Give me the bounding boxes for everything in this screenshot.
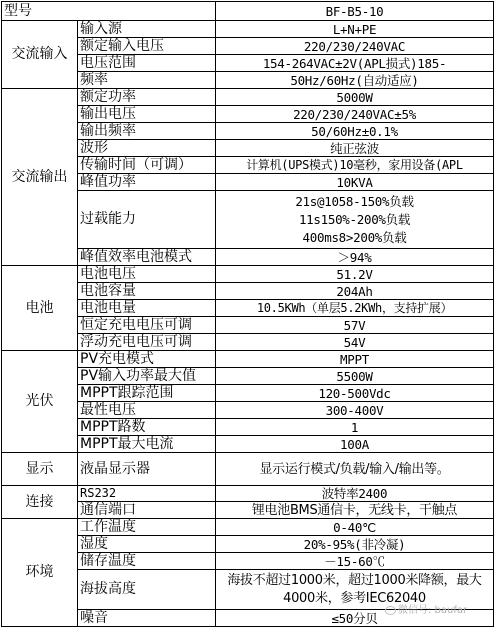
param-value: MPPT <box>216 351 494 368</box>
param-label: 液晶显示器 <box>78 453 216 486</box>
table-row: 连接 RS232 波特率2400 <box>2 486 494 502</box>
param-value: 10.5KWh（单层5.2KWh，支持扩展） <box>216 300 494 317</box>
param-value: 51.2V <box>216 266 494 283</box>
param-label: 电池电压 <box>78 266 216 283</box>
table-row: 交流输入 输入源 L+N+PE <box>2 21 494 38</box>
param-value: 21s@1058-150%负载 11s150%-200%负载 400ms8>20… <box>216 191 494 249</box>
param-value: 50/60Hz±0.1% <box>216 123 494 140</box>
overload-line: 400ms8>200%负载 <box>218 229 491 247</box>
category-pv: 光伏 <box>2 351 78 453</box>
param-label: 波形 <box>78 140 216 157</box>
param-label: 频率 <box>78 72 216 89</box>
param-value: 20%-95%(非冷凝) <box>216 536 494 553</box>
param-label: 最性电压 <box>78 402 216 419</box>
param-label: 湿度 <box>78 536 216 553</box>
param-value: 220/230/240VAC <box>216 38 494 55</box>
table-row: 光伏 PV充电模式 MPPT <box>2 351 494 368</box>
param-value: 显示运行模式/负载/输入/输出等。 <box>216 453 494 486</box>
param-label: 电池容量 <box>78 283 216 300</box>
param-label: 过载能力 <box>78 191 216 249</box>
param-value: 计算机(UPS模式)10毫秒，家用设备(APL <box>216 157 494 174</box>
param-value: 10KVA <box>216 174 494 191</box>
param-label: PV输入功率最大值 <box>78 368 216 385</box>
param-value: 50Hz/60Hz(自动适应) <box>216 72 494 89</box>
watermark-text: 微信号: baufar <box>398 605 467 616</box>
category-battery: 电池 <box>2 266 78 351</box>
table-row: 显示 液晶显示器 显示运行模式/负载/输入/输出等。 <box>2 453 494 486</box>
table-row: 环境 工作温度 0-40℃ <box>2 519 494 536</box>
param-label: 额定输入电压 <box>78 38 216 55</box>
param-label: 峰值功率 <box>78 174 216 191</box>
param-label: 浮动充电电压可调 <box>78 334 216 351</box>
overload-line: 21s@1058-150%负载 <box>218 193 491 211</box>
param-label: RS232 <box>78 486 216 502</box>
category-display: 显示 <box>2 453 78 486</box>
param-value: 220/230/240VAC±5% <box>216 106 494 123</box>
category-ac-output: 交流输出 <box>2 89 78 266</box>
param-label: MPPT跟踪范围 <box>78 385 216 402</box>
param-label: 输出频率 <box>78 123 216 140</box>
param-value: 波特率2400 <box>216 486 494 502</box>
param-value: 1 <box>216 419 494 436</box>
param-value: 204Ah <box>216 283 494 300</box>
param-label: 输出电压 <box>78 106 216 123</box>
param-label: 传输时间（可调） <box>78 157 216 174</box>
param-label: PV充电模式 <box>78 351 216 368</box>
model-value: BF-B5-10 <box>216 2 494 21</box>
param-label: 恒定充电电压可调 <box>78 317 216 334</box>
param-value: 300-400V <box>216 402 494 419</box>
param-value: 纯正弦波 <box>216 140 494 157</box>
param-label: 噪音 <box>78 610 216 627</box>
param-label: MPPT最大电流 <box>78 436 216 453</box>
category-ac-input: 交流输入 <box>2 21 78 89</box>
watermark: 微信号: baufar <box>385 601 467 616</box>
param-label: 额定功率 <box>78 89 216 106</box>
header-row: 型号 BF-B5-10 <box>2 2 494 21</box>
param-value: 120-500Vdc <box>216 385 494 402</box>
param-value: 0-40℃ <box>216 519 494 536</box>
param-label: 海拔高度 <box>78 570 216 610</box>
param-value: 57V <box>216 317 494 334</box>
param-label: 峰值效率电池模式 <box>78 249 216 266</box>
param-label: 通信端口 <box>78 502 216 519</box>
param-value: 54V <box>216 334 494 351</box>
param-value: 154-264VAC±2V(APL损式)185- <box>216 55 494 72</box>
param-value: 5000W <box>216 89 494 106</box>
table-row: 电池 电池电压 51.2V <box>2 266 494 283</box>
param-value: －15-60℃ <box>216 553 494 570</box>
param-label: 电池电量 <box>78 300 216 317</box>
category-connection: 连接 <box>2 486 78 519</box>
overload-line: 11s150%-200%负载 <box>218 211 491 229</box>
category-environment: 环境 <box>2 519 78 627</box>
param-value: 5500W <box>216 368 494 385</box>
param-value: 锂电池BMS通信卡，无线卡，干触点 <box>216 502 494 519</box>
param-label: 储存温度 <box>78 553 216 570</box>
model-label: 型号 <box>2 2 216 21</box>
param-label: 工作温度 <box>78 519 216 536</box>
param-label: 输入源 <box>78 21 216 38</box>
param-value: L+N+PE <box>216 21 494 38</box>
param-value: 100A <box>216 436 494 453</box>
wechat-icon <box>385 606 396 615</box>
table-row: 交流输出 额定功率 5000W <box>2 89 494 106</box>
param-label: MPPT路数 <box>78 419 216 436</box>
spec-table: 型号 BF-B5-10 交流输入 输入源 L+N+PE 额定输入电压 220/2… <box>1 1 494 627</box>
param-value: ＞94% <box>216 249 494 266</box>
param-label: 电压范围 <box>78 55 216 72</box>
